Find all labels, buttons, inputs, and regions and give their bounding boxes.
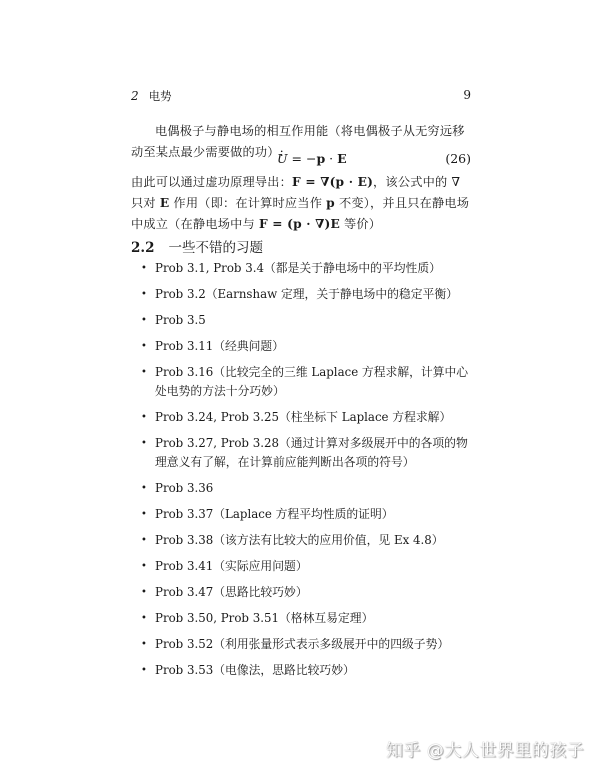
bullet-icon: •: [141, 531, 147, 550]
document-page: 2电势 9 电偶极子与静电场的相互作用能（将电偶极子从无穷远移动至某点最少需要做…: [0, 0, 600, 776]
list-item: •Prob 3.27, Prob 3.28（通过计算对多级展开中的各项的物理意义…: [131, 434, 476, 472]
bullet-icon: •: [141, 609, 147, 628]
list-item: •Prob 3.5: [131, 311, 476, 330]
bullet-icon: •: [141, 583, 147, 602]
list-item: •Prob 3.11（经典问题）: [131, 337, 476, 356]
section-title: 一些不错的习题: [169, 240, 264, 256]
page-number: 9: [463, 88, 471, 104]
chapter-heading: 2电势: [131, 88, 172, 104]
paragraph-virtual-work: 由此可以通过虚功原理导出：F = ∇(p · E)，该公式中的 ∇ 只对 E 作…: [131, 172, 471, 235]
list-item: •Prob 3.36: [131, 479, 476, 498]
section-heading: 2.2一些不错的习题: [131, 236, 263, 256]
bullet-icon: •: [141, 661, 147, 680]
list-item: •Prob 3.50, Prob 3.51（格林互易定理）: [131, 609, 476, 628]
list-item: •Prob 3.37（Laplace 方程平均性质的证明）: [131, 505, 476, 524]
bullet-icon: •: [141, 337, 147, 356]
bullet-icon: •: [141, 505, 147, 524]
list-item: •Prob 3.47（思路比较巧妙）: [131, 583, 476, 602]
bullet-icon: •: [141, 479, 147, 498]
zhihu-watermark: 知乎 @大人世界里的孩子: [386, 736, 584, 761]
list-item: •Prob 3.41（实际应用问题）: [131, 557, 476, 576]
bullet-icon: •: [141, 434, 147, 453]
chapter-title: 电势: [149, 89, 172, 103]
bullet-icon: •: [141, 408, 147, 427]
list-item: •Prob 3.16（比较完全的三维 Laplace 方程求解，计算中心处电势的…: [131, 363, 476, 401]
bullet-icon: •: [141, 311, 147, 330]
bullet-icon: •: [141, 635, 147, 654]
bullet-icon: •: [141, 557, 147, 576]
list-item: •Prob 3.2（Earnshaw 定理，关于静电场中的稳定平衡）: [131, 285, 476, 304]
force-formula: F = ∇(p · E): [292, 175, 373, 189]
list-item: •Prob 3.53（电像法，思路比较巧妙）: [131, 661, 476, 680]
running-head: 2电势 9: [131, 88, 471, 104]
chapter-number: 2: [131, 89, 139, 103]
bullet-icon: •: [141, 363, 147, 382]
bullet-icon: •: [141, 259, 147, 278]
list-item: •Prob 3.24, Prob 3.25（柱坐标下 Laplace 方程求解）: [131, 408, 476, 427]
equivalent-formula: F = (p · ∇)E: [259, 217, 340, 231]
problem-list: •Prob 3.1, Prob 3.4（都是关于静电场中的平均性质） •Prob…: [131, 259, 476, 687]
list-item: •Prob 3.1, Prob 3.4（都是关于静电场中的平均性质）: [131, 259, 476, 278]
equation-number: (26): [445, 151, 471, 166]
list-item: •Prob 3.38（该方法有比较大的应用价值，见 Ex 4.8）: [131, 531, 476, 550]
section-number: 2.2: [131, 240, 155, 256]
list-item: •Prob 3.52（利用张量形式表示多级展开中的四级子势）: [131, 635, 476, 654]
equation-body: U = −p · E: [277, 151, 347, 166]
equation-26: U = −p · E (26): [131, 151, 471, 171]
bullet-icon: •: [141, 285, 147, 304]
